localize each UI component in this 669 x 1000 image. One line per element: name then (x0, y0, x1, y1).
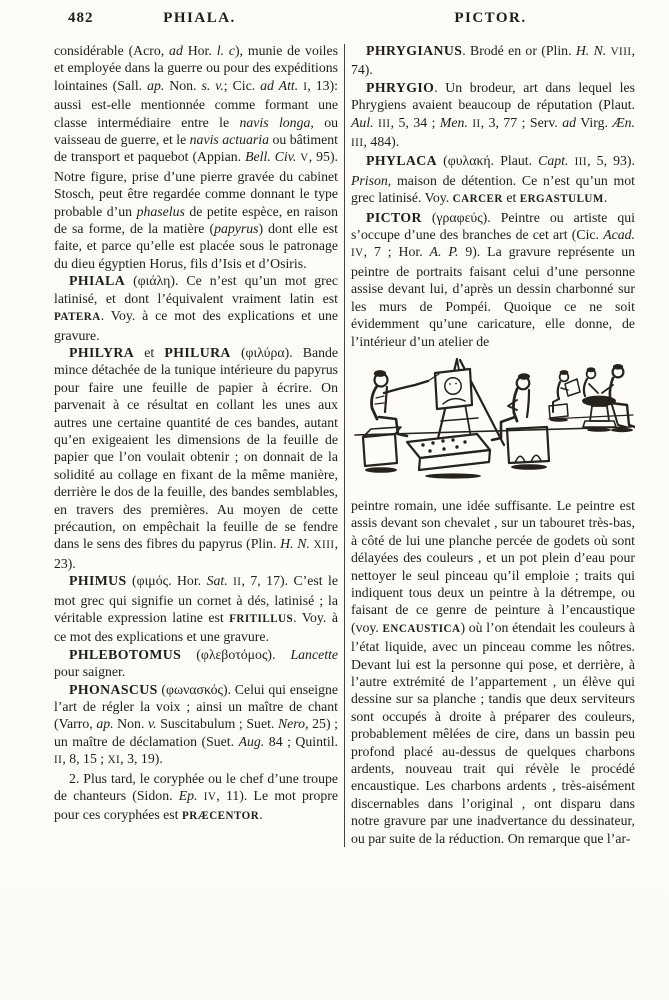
text-run: II (472, 118, 480, 130)
text-run: , 3, 77 ; Serv. (481, 115, 563, 130)
text-run: PHYLACA (366, 153, 437, 168)
running-title-right: PICTOR. (345, 10, 636, 30)
text-run: ad (169, 43, 183, 58)
text-run: navis actuaria (190, 132, 269, 147)
pictor-engraving-figure (351, 355, 635, 493)
text-run: Ep. (179, 788, 198, 803)
text-run: Prison (351, 173, 388, 188)
text-run: ) où l’on étendait les couleurs à l’état… (351, 620, 635, 846)
text-run: . (604, 190, 607, 205)
text-run: , 5, 34 ; (391, 115, 440, 130)
text-run: Bell. Civ. (245, 149, 296, 164)
text-run: Non. (164, 78, 201, 93)
text-run: Nero (278, 716, 305, 731)
text-run: V (300, 152, 308, 164)
text-run: Aul. (351, 115, 374, 130)
text-run: VIII (611, 46, 632, 58)
text-run: et (503, 190, 520, 205)
entry-phiala: PHIALA (φιάλη). Ce n’est qu’un mot grec … (54, 272, 338, 344)
text-run: Lancette (290, 647, 338, 662)
text-run: (φιμός. Hor. (127, 573, 207, 588)
text-run: Capt. (538, 153, 568, 168)
text-run: PHILYRA (69, 345, 134, 360)
text-run: IV (204, 791, 217, 803)
text-run: Acad. (603, 227, 635, 242)
text-run: Suscitabulum ; Suet. (157, 716, 278, 731)
text-run: ap. (147, 78, 164, 93)
text-run: PHIMUS (69, 573, 127, 588)
text-run: phaselus (137, 204, 185, 219)
text-run: III (351, 137, 364, 149)
text-run: PHRYGIO (366, 80, 434, 95)
text-run: ad (562, 115, 576, 130)
page-number: 482 (68, 10, 94, 27)
text-run: H. N. (280, 536, 310, 551)
text-run: III (378, 118, 391, 130)
text-columns: considérable (Acro, ad Hor. l. c), munie… (54, 42, 636, 847)
dictionary-page: 482 PHIALA. PICTOR. considérable (Acro, … (0, 0, 669, 1000)
text-run: , 5, 93). (587, 153, 635, 168)
text-run: papyrus (214, 221, 258, 236)
text-run: FRITILLUS (229, 613, 293, 625)
text-run: PHILURA (164, 345, 230, 360)
text-run: Hor. (183, 43, 217, 58)
continuation-phaselus: considérable (Acro, ad Hor. l. c), munie… (54, 42, 338, 272)
text-run: PHIALA (69, 273, 125, 288)
page-content: 482 PHIALA. PICTOR. considérable (Acro, … (54, 10, 636, 847)
entry-phonascus: PHONASCUS (φωνασκός). Celui qui enseigne… (54, 681, 338, 770)
text-run: l. c (217, 43, 235, 58)
column-divider-rule (344, 44, 345, 847)
entry-pictor: PICTOR (γραφεύς). Peintre ou artiste qui… (351, 209, 635, 350)
entry-phylaca: PHYLACA (φυλακή. Plaut. Capt. III, 5, 93… (351, 152, 635, 208)
entry-phimus: PHIMUS (φιμός. Hor. Sat. II, 7, 17). C’e… (54, 572, 338, 646)
pictor-workshop-engraving (351, 355, 635, 493)
text-run: (φυλακή. Plaut. (437, 153, 538, 168)
text-run: Æn. (612, 115, 635, 130)
entry-phrygio: PHRYGIO. Un brodeur, art dans lequel les… (351, 79, 635, 153)
text-run: et (134, 345, 164, 360)
right-column-top: PHRYGIANUS. Brodé en or (Plin. H. N. VII… (351, 42, 635, 350)
text-run: Men. (440, 115, 468, 130)
text-run: v. (148, 716, 157, 731)
text-run: PHRYGIANUS (366, 43, 462, 58)
text-run: ; Cic. (224, 78, 260, 93)
text-run: navis longa (239, 115, 310, 130)
text-run: III (575, 156, 588, 168)
entry-phlebotomus: PHLEBOTOMUS (φλεβοτόμος). Lancette pour … (54, 646, 338, 681)
text-run: PRÆCENTOR (182, 810, 259, 822)
text-run: ad Att. (260, 78, 298, 93)
text-run: ap. (96, 716, 113, 731)
text-run: , 7 ; Hor. (364, 244, 430, 259)
entry-pictor-continuation: peintre romain, une idée suffisante. Le … (351, 497, 635, 847)
text-run: peintre romain, une idée suffisante. Le … (351, 498, 635, 635)
text-run: IV (351, 247, 364, 259)
text-run: . Brodé en or (Plin. (462, 43, 576, 58)
text-run: PHONASCUS (69, 682, 158, 697)
text-run: s. v. (201, 78, 223, 93)
text-run: Sat. (207, 573, 228, 588)
right-column: PHRYGIANUS. Brodé en or (Plin. H. N. VII… (351, 42, 635, 847)
text-run: ERGASTULUM (520, 193, 604, 205)
text-run: considérable (Acro, (54, 43, 169, 58)
text-run: Virg. (576, 115, 612, 130)
text-run: Non. (114, 716, 148, 731)
right-column-bottom: peintre romain, une idée suffisante. Le … (351, 497, 635, 847)
text-run: . (259, 807, 262, 822)
running-title-left: PHIALA. (54, 10, 345, 30)
text-run: A. P. (430, 244, 459, 259)
left-column: considérable (Acro, ad Hor. l. c), munie… (54, 42, 338, 847)
text-run: , 3, 19). (120, 751, 163, 766)
entry-philyra: PHILYRA et PHILURA (φιλύρα). Bande mince… (54, 344, 338, 572)
text-run: ENCAUSTICA (383, 623, 461, 635)
text-run: pour saigner. (54, 664, 125, 679)
text-run: , 8, 15 ; (62, 751, 107, 766)
text-run: XIII (314, 539, 335, 551)
text-run: PICTOR (366, 210, 422, 225)
text-run: CARCER (453, 193, 503, 205)
running-head: 482 PHIALA. PICTOR. (54, 10, 636, 30)
text-run: (φιλύρα). Bande mince détachée de la tun… (54, 345, 338, 551)
text-run: Aug. (239, 734, 265, 749)
text-run: 9). La gravure représente un peintre de … (351, 244, 635, 348)
entry-phonascus-2: 2. Plus tard, le coryphée ou le chef d’u… (54, 770, 338, 826)
text-run: XI (108, 754, 121, 766)
text-run: PHLEBOTOMUS (69, 647, 181, 662)
entry-phrygianus: PHRYGIANUS. Brodé en or (Plin. H. N. VII… (351, 42, 635, 79)
text-run: H. N. (576, 43, 606, 58)
text-run: PATERA (54, 311, 101, 323)
text-run: (φλεβοτόμος). (181, 647, 290, 662)
text-run: , 484). (364, 134, 400, 149)
text-run: 84 ; Quintil. (264, 734, 338, 749)
